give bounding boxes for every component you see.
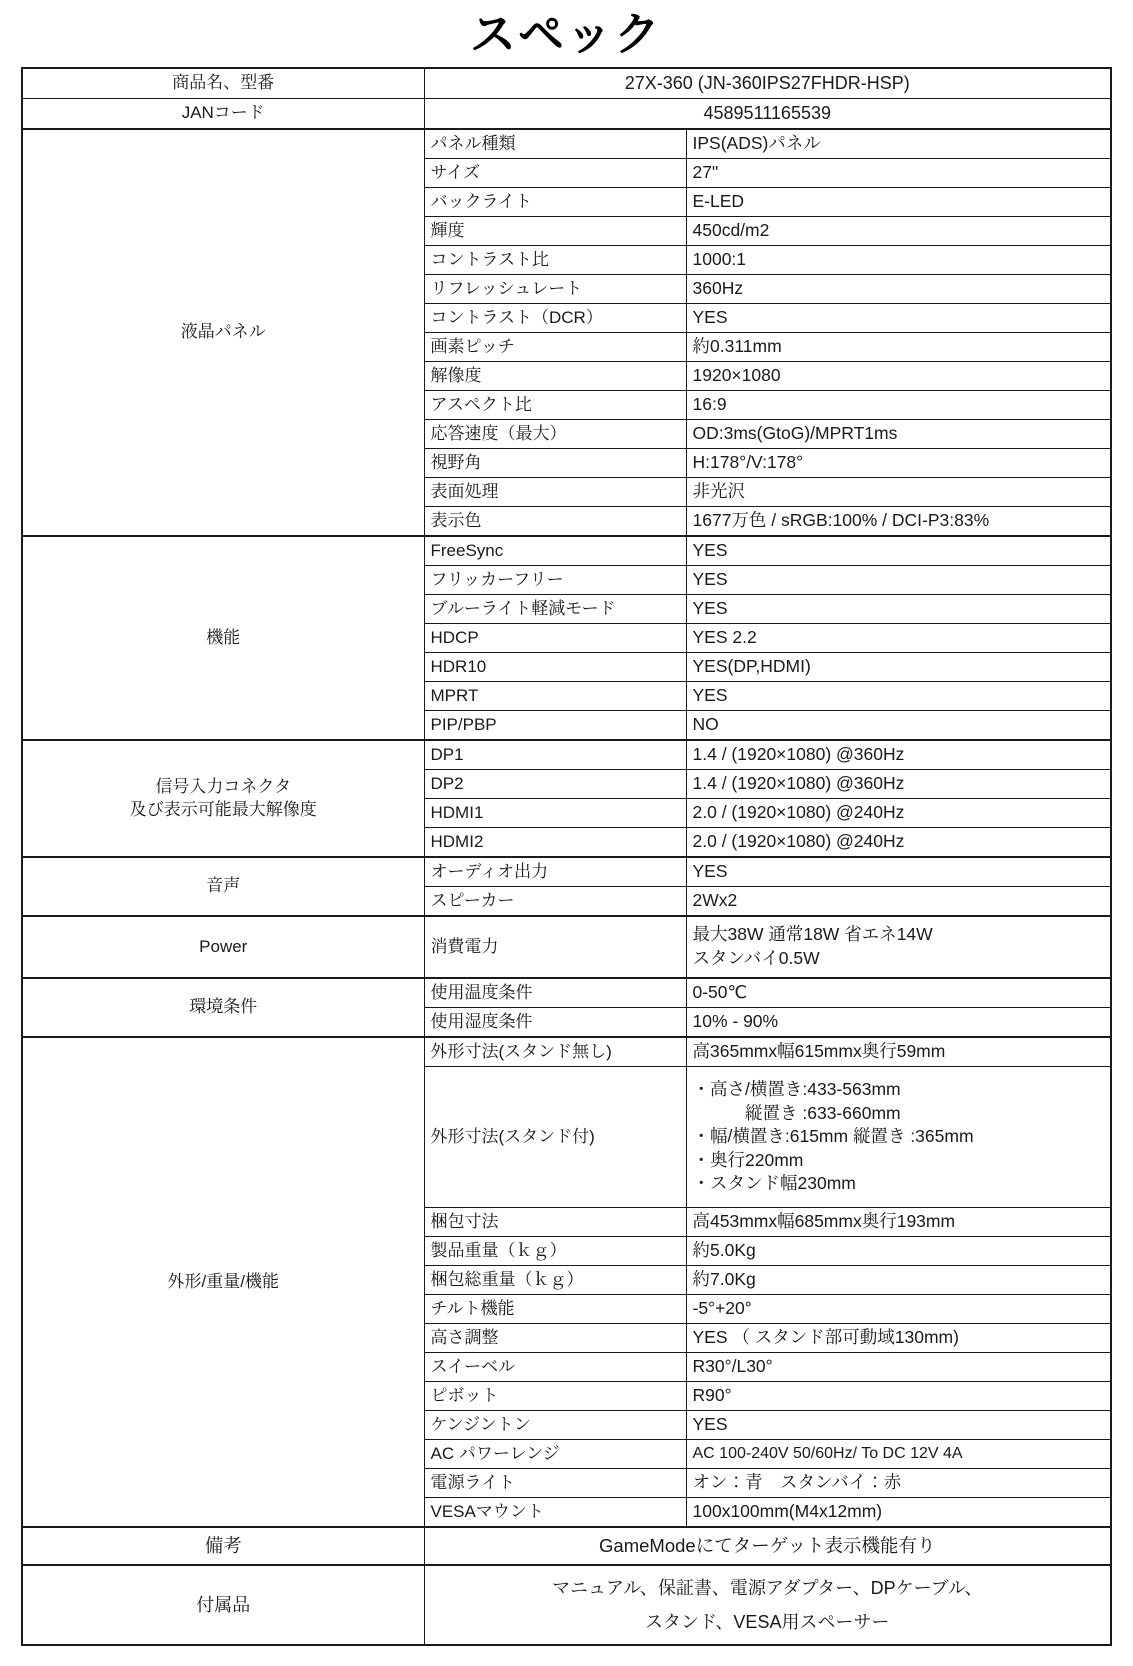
spec-label: 電源ライト (424, 1469, 686, 1498)
spec-label: AC パワーレンジ (424, 1440, 686, 1469)
section-name: 液晶パネル (22, 129, 424, 536)
spec-value: IPS(ADS)パネル (686, 129, 1111, 159)
spec-value: 27" (686, 159, 1111, 188)
spec-label: HDCP (424, 624, 686, 653)
spec-value: 1000:1 (686, 246, 1111, 275)
section-name: 環境条件 (22, 978, 424, 1037)
spec-value: 450cd/m2 (686, 217, 1111, 246)
section-name: Power (22, 916, 424, 978)
spec-value: 10% - 90% (686, 1008, 1111, 1038)
spec-value: -5°+20° (686, 1295, 1111, 1324)
table-row: 付属品 マニュアル、保証書、電源アダプター、DPケーブル、 スタンド、VESA用… (22, 1565, 1111, 1645)
spec-value: GameModeにてターゲット表示機能有り (424, 1527, 1111, 1565)
spec-value: YES (686, 536, 1111, 566)
spec-label: HDMI2 (424, 828, 686, 858)
table-row: 機能 FreeSync YES (22, 536, 1111, 566)
section-name: 音声 (22, 857, 424, 916)
spec-value: 360Hz (686, 275, 1111, 304)
spec-label: パネル種類 (424, 129, 686, 159)
spec-value: 高453mmx幅685mmx奥行193mm (686, 1208, 1111, 1237)
spec-value: YES (686, 595, 1111, 624)
spec-value: 高365mmx幅615mmx奥行59mm (686, 1037, 1111, 1067)
table-row: 音声 オーディオ出力 YES (22, 857, 1111, 887)
spec-label: ケンジントン (424, 1411, 686, 1440)
spec-label: 画素ピッチ (424, 333, 686, 362)
spec-label: 解像度 (424, 362, 686, 391)
spec-value: R30°/L30° (686, 1353, 1111, 1382)
spec-label: コントラスト（DCR） (424, 304, 686, 333)
table-row: 外形/重量/機能 外形寸法(スタンド無し) 高365mmx幅615mmx奥行59… (22, 1037, 1111, 1067)
table-row: 環境条件 使用温度条件 0-50℃ (22, 978, 1111, 1008)
spec-label: 消費電力 (424, 916, 686, 978)
spec-label: 備考 (22, 1527, 424, 1565)
spec-value: 非光沢 (686, 478, 1111, 507)
spec-label: 付属品 (22, 1565, 424, 1645)
spec-label: 視野角 (424, 449, 686, 478)
section-name: 外形/重量/機能 (22, 1037, 424, 1527)
spec-value: 2Wx2 (686, 887, 1111, 917)
spec-label: リフレッシュレート (424, 275, 686, 304)
spec-value: 約7.0Kg (686, 1266, 1111, 1295)
spec-value: YES （ スタンド部可動域130mm) (686, 1324, 1111, 1353)
spec-value: オン：青 スタンバイ：赤 (686, 1469, 1111, 1498)
spec-label: 表示色 (424, 507, 686, 537)
spec-label: HDMI1 (424, 799, 686, 828)
section-name: 機能 (22, 536, 424, 740)
spec-label: VESAマウント (424, 1498, 686, 1528)
spec-value: 2.0 / (1920×1080) @240Hz (686, 799, 1111, 828)
spec-value: YES (686, 1411, 1111, 1440)
spec-value: 1.4 / (1920×1080) @360Hz (686, 740, 1111, 770)
spec-label: 商品名、型番 (22, 68, 424, 99)
spec-label: アスペクト比 (424, 391, 686, 420)
spec-label: HDR10 (424, 653, 686, 682)
spec-value: YES(DP,HDMI) (686, 653, 1111, 682)
spec-label: 製品重量（ｋｇ） (424, 1237, 686, 1266)
spec-value: AC 100-240V 50/60Hz/ To DC 12V 4A (686, 1440, 1111, 1469)
spec-value: OD:3ms(GtoG)/MPRT1ms (686, 420, 1111, 449)
spec-label: 高さ調整 (424, 1324, 686, 1353)
spec-value: R90° (686, 1382, 1111, 1411)
spec-value: 2.0 / (1920×1080) @240Hz (686, 828, 1111, 858)
table-row: 商品名、型番 27X-360 (JN-360IPS27FHDR-HSP) (22, 68, 1111, 99)
table-row: JANコード 4589511165539 (22, 99, 1111, 130)
spec-label: オーディオ出力 (424, 857, 686, 887)
spec-label: FreeSync (424, 536, 686, 566)
spec-label: 応答速度（最大） (424, 420, 686, 449)
spec-label: PIP/PBP (424, 711, 686, 741)
spec-value: NO (686, 711, 1111, 741)
spec-value: 1920×1080 (686, 362, 1111, 391)
spec-label: バックライト (424, 188, 686, 217)
spec-value: 16:9 (686, 391, 1111, 420)
table-row: 信号入力コネクタ 及び表示可能最大解像度 DP1 1.4 / (1920×108… (22, 740, 1111, 770)
spec-label: JANコード (22, 99, 424, 130)
spec-label: MPRT (424, 682, 686, 711)
spec-value: YES (686, 566, 1111, 595)
table-row: 備考 GameModeにてターゲット表示機能有り (22, 1527, 1111, 1565)
spec-label: DP1 (424, 740, 686, 770)
spec-table: 商品名、型番 27X-360 (JN-360IPS27FHDR-HSP) JAN… (21, 67, 1112, 1646)
spec-label: DP2 (424, 770, 686, 799)
spec-value: YES (686, 857, 1111, 887)
spec-value: 1.4 / (1920×1080) @360Hz (686, 770, 1111, 799)
spec-label: サイズ (424, 159, 686, 188)
spec-value: YES (686, 682, 1111, 711)
spec-value: YES (686, 304, 1111, 333)
spec-label: 使用温度条件 (424, 978, 686, 1008)
spec-label: 表面処理 (424, 478, 686, 507)
spec-label: 使用湿度条件 (424, 1008, 686, 1038)
spec-label: 輝度 (424, 217, 686, 246)
section-name: 信号入力コネクタ 及び表示可能最大解像度 (22, 740, 424, 857)
spec-value: ・高さ/横置き:433-563mm 縦置き :633-660mm ・幅/横置き:… (686, 1067, 1111, 1208)
spec-value: 27X-360 (JN-360IPS27FHDR-HSP) (424, 68, 1111, 99)
spec-value: 0-50℃ (686, 978, 1111, 1008)
spec-label: ブルーライト軽減モード (424, 595, 686, 624)
spec-value: 100x100mm(M4x12mm) (686, 1498, 1111, 1528)
spec-value: 約5.0Kg (686, 1237, 1111, 1266)
spec-label: スイーベル (424, 1353, 686, 1382)
spec-value: 4589511165539 (424, 99, 1111, 130)
spec-value: H:178°/V:178° (686, 449, 1111, 478)
spec-value: 最大38W 通常18W 省エネ14W スタンバイ0.5W (686, 916, 1111, 978)
spec-label: チルト機能 (424, 1295, 686, 1324)
spec-sheet-page: スペック 商品名、型番 27X-360 (JN-360IPS27FHDR-HSP… (0, 0, 1133, 1666)
table-row: 液晶パネル パネル種類 IPS(ADS)パネル (22, 129, 1111, 159)
spec-label: 梱包寸法 (424, 1208, 686, 1237)
spec-label: フリッカーフリー (424, 566, 686, 595)
spec-label: コントラスト比 (424, 246, 686, 275)
spec-label: スピーカー (424, 887, 686, 917)
spec-label: 梱包総重量（ｋｇ） (424, 1266, 686, 1295)
table-row: Power 消費電力 最大38W 通常18W 省エネ14W スタンバイ0.5W (22, 916, 1111, 978)
page-title: スペック (21, 4, 1111, 64)
spec-value: 1677万色 / sRGB:100% / DCI-P3:83% (686, 507, 1111, 537)
spec-value: E-LED (686, 188, 1111, 217)
spec-label: 外形寸法(スタンド無し) (424, 1037, 686, 1067)
spec-value: 約0.311mm (686, 333, 1111, 362)
spec-label: 外形寸法(スタンド付) (424, 1067, 686, 1208)
spec-value: マニュアル、保証書、電源アダプター、DPケーブル、 スタンド、VESA用スペーサ… (424, 1565, 1111, 1645)
spec-label: ピボット (424, 1382, 686, 1411)
spec-value: YES 2.2 (686, 624, 1111, 653)
